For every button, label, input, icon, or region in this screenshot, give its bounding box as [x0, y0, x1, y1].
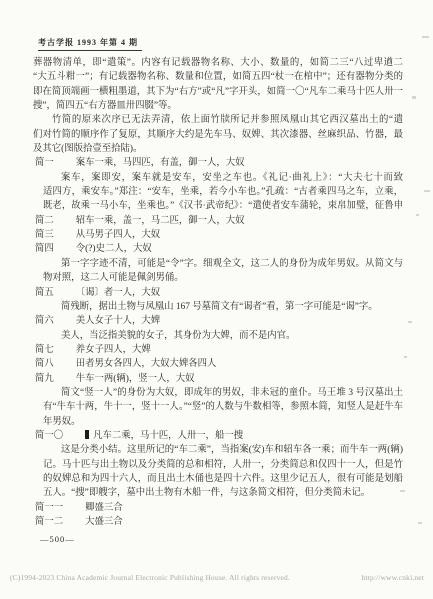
text-line: 年男奴。 — [33, 415, 403, 429]
slip-text: 美人女子十人，大婢 — [76, 314, 160, 328]
text-line: 记。马十匹与出土物以及分类简的总和相符，人卅一，分类简总和仅四十一人，但是竹牍所… — [33, 458, 403, 472]
slip-entry-line: 简三从马男子四人，大奴 — [33, 228, 403, 242]
scan-artifact — [400, 490, 405, 492]
text-line: 有“牛车十两，牛十一，竖十一人。”“竖”的人数与牛数相等，参照本简，知竖人是赶牛… — [33, 400, 403, 414]
copyright-text: (C)1994-2023 China Academic Journal Elec… — [10, 573, 290, 582]
scan-artifact — [416, 214, 419, 216]
text-line: 竹简的原来次序已无法弄清，依上面竹牍所记并参照凤凰山其它西汉墓出土的“遣策”，我 — [33, 113, 403, 127]
slip-label: 简七 — [35, 343, 54, 357]
scan-artifact — [422, 36, 429, 38]
slip-text: 大盛三合 — [85, 515, 123, 529]
slip-label: 简一 — [35, 156, 54, 170]
scan-artifact — [418, 522, 422, 524]
slip-label: 简一二 — [35, 515, 63, 529]
slip-text: 凡车二乘，马十匹，人卅一，船一捜 — [85, 429, 243, 443]
text-line: 们对竹简的顺序作了复原，其顺序大约是先车马、奴婢、其次漆器、丝麻织品、竹器，最后… — [33, 128, 403, 142]
slip-entry-line: 简一二大盛三合 — [33, 515, 403, 529]
text-line: 即在简顶端画一横粗墨道，其下为“右方”或“凡”字开头，如简一〇“凡车二乘马十匹人… — [33, 85, 403, 99]
slip-entry-line: 简八田者男女各四人，大奴大婢各四人 — [33, 357, 403, 371]
page-number: —500— — [40, 534, 75, 544]
text-line: 第一字字迹不清，可能是“令”字。细观全文，这二人的身份为成年男奴。从简文与出土 — [33, 257, 403, 271]
slip-label: 简九 — [35, 372, 54, 386]
slip-entry-line: 简七养女子四人，大婢 — [33, 343, 403, 357]
ink-stroke-mark-icon — [85, 430, 89, 439]
slip-label: 简一〇 — [35, 429, 63, 443]
text-line: 物对照，这二人可能是佩剑男俑。 — [33, 271, 403, 285]
text-line: 既老，故乘一马小车，坐乘也。”《汉书·武帝纪》：“遣使者安车蒲轮，束帛加璧，征鲁… — [33, 199, 403, 213]
scan-artifact — [408, 321, 412, 323]
slip-entry-line: 简一一卿盛三合 — [33, 501, 403, 515]
journal-title: 考古学报 1993 年第 4 期 — [38, 38, 138, 47]
slip-entry-line: 简二轺车一乘，盖一，马二匹，御一人，大奴 — [33, 214, 403, 228]
text-line: 简残断，据出土物与凤凰山 167 号墓简文有“谒者”看，第一字可能是“谒”字。 — [33, 300, 403, 314]
slip-label: 简五 — [35, 286, 54, 300]
slip-text: 轺车一乘，盖一，马二匹，御一人，大奴 — [76, 214, 245, 228]
slip-label: 简八 — [35, 357, 54, 371]
scanned-journal-page: 考古学报 1993 年第 4 期 葬器物清单，即“遣策”。内容有记载器物名称、大… — [0, 0, 433, 599]
text-line: 适四方，乘安车。”郑注：“安车，坐乘，若今小车也。”孔疏：“古者乘四马之车，立乘… — [33, 185, 403, 199]
slip-text: 〔谒〕者一人，大奴 — [76, 286, 160, 300]
slip-text: 牛车一两(辆)，竖一人，大奴 — [76, 372, 195, 386]
text-line: 及其它(图版拾壹至拾陆)。 — [33, 142, 403, 156]
text-line: 葬器物清单，即“遣策”。内容有记载器物名称、大小、数量的，如简二三“八过卑遒二叟… — [33, 56, 403, 70]
slip-label: 简一一 — [35, 501, 63, 515]
text-line: “大五斗粓一”；有记载器物名称、数量和位置，如简五四“杖一在棺中”；还有器物分类… — [33, 70, 403, 84]
text-line: 的奴婢总和为四十六人，而且出土木俑也是四十六件。这里少记五人，很有可能是划船的 — [33, 472, 403, 486]
copyright-footer: (C)1994-2023 China Academic Journal Elec… — [10, 573, 424, 582]
slip-text: 卿盛三合 — [85, 501, 123, 515]
slip-entry-line: 简六美人女子十人，大婢 — [33, 314, 403, 328]
slip-entry-line: 简九牛车一两(辆)，竖一人，大奴 — [33, 372, 403, 386]
slip-text: 案车一乘，马四匹，有盖，御一人，大奴 — [76, 156, 245, 170]
slip-entry-line: 简一〇凡车二乘，马十匹，人卅一，船一捜 — [33, 429, 403, 443]
scan-artifact — [404, 356, 407, 358]
cnki-url: http://www.cnki.net — [362, 573, 424, 582]
text-line: 捜”，简四五“右方器皿卅四腏”等。 — [33, 99, 403, 113]
slip-entry-line: 简四令(?)史二人，大奴 — [33, 242, 403, 256]
slip-entry-line: 简一案车一乘，马四匹，有盖，御一人，大奴 — [33, 156, 403, 170]
slip-text: 田者男女各四人，大奴大婢各四人 — [76, 357, 217, 371]
scan-artifact — [412, 96, 416, 99]
slip-label: 简四 — [35, 242, 54, 256]
slip-text: 养女子四人，大婢 — [76, 343, 151, 357]
slip-entry-line: 简五〔谒〕者一人，大奴 — [33, 286, 403, 300]
slip-label: 简六 — [35, 314, 54, 328]
slip-label: 简二 — [35, 214, 54, 228]
text-line: 美人，当泛指美貌的女子，其身份为大婢，而不是内官。 — [33, 329, 403, 343]
text-line: 案车，案即安，案车就是安车，安坐之车也。《礼记·曲礼上》：“大夫七十而致事，…… — [33, 171, 403, 185]
text-line: 简文“竖一人”的身份为大奴，即成年的男奴，非未冠的童仆。马王堆 3 号汉墓出土木… — [33, 386, 403, 400]
slip-text: 令(?)史二人，大奴 — [76, 242, 152, 256]
slip-label: 简三 — [35, 228, 54, 242]
article-content: 葬器物清单，即“遣策”。内容有记载器物名称、大小、数量的，如简二三“八过卑遒二叟… — [33, 56, 403, 529]
text-line: 五人。“捜”即艘字，墓中出土物有木船一件，与这条简文相符，但分类简未记。 — [33, 486, 403, 500]
journal-header: 考古学报 1993 年第 4 期 — [38, 37, 142, 51]
text-line: 这是分类小结。这里所记的“车二乘”，当指案(安)车和轺车各一乘；而牛车一两(辆)… — [33, 443, 403, 457]
scan-artifact — [424, 190, 430, 192]
slip-text: 从马男子四人，大奴 — [76, 228, 160, 242]
